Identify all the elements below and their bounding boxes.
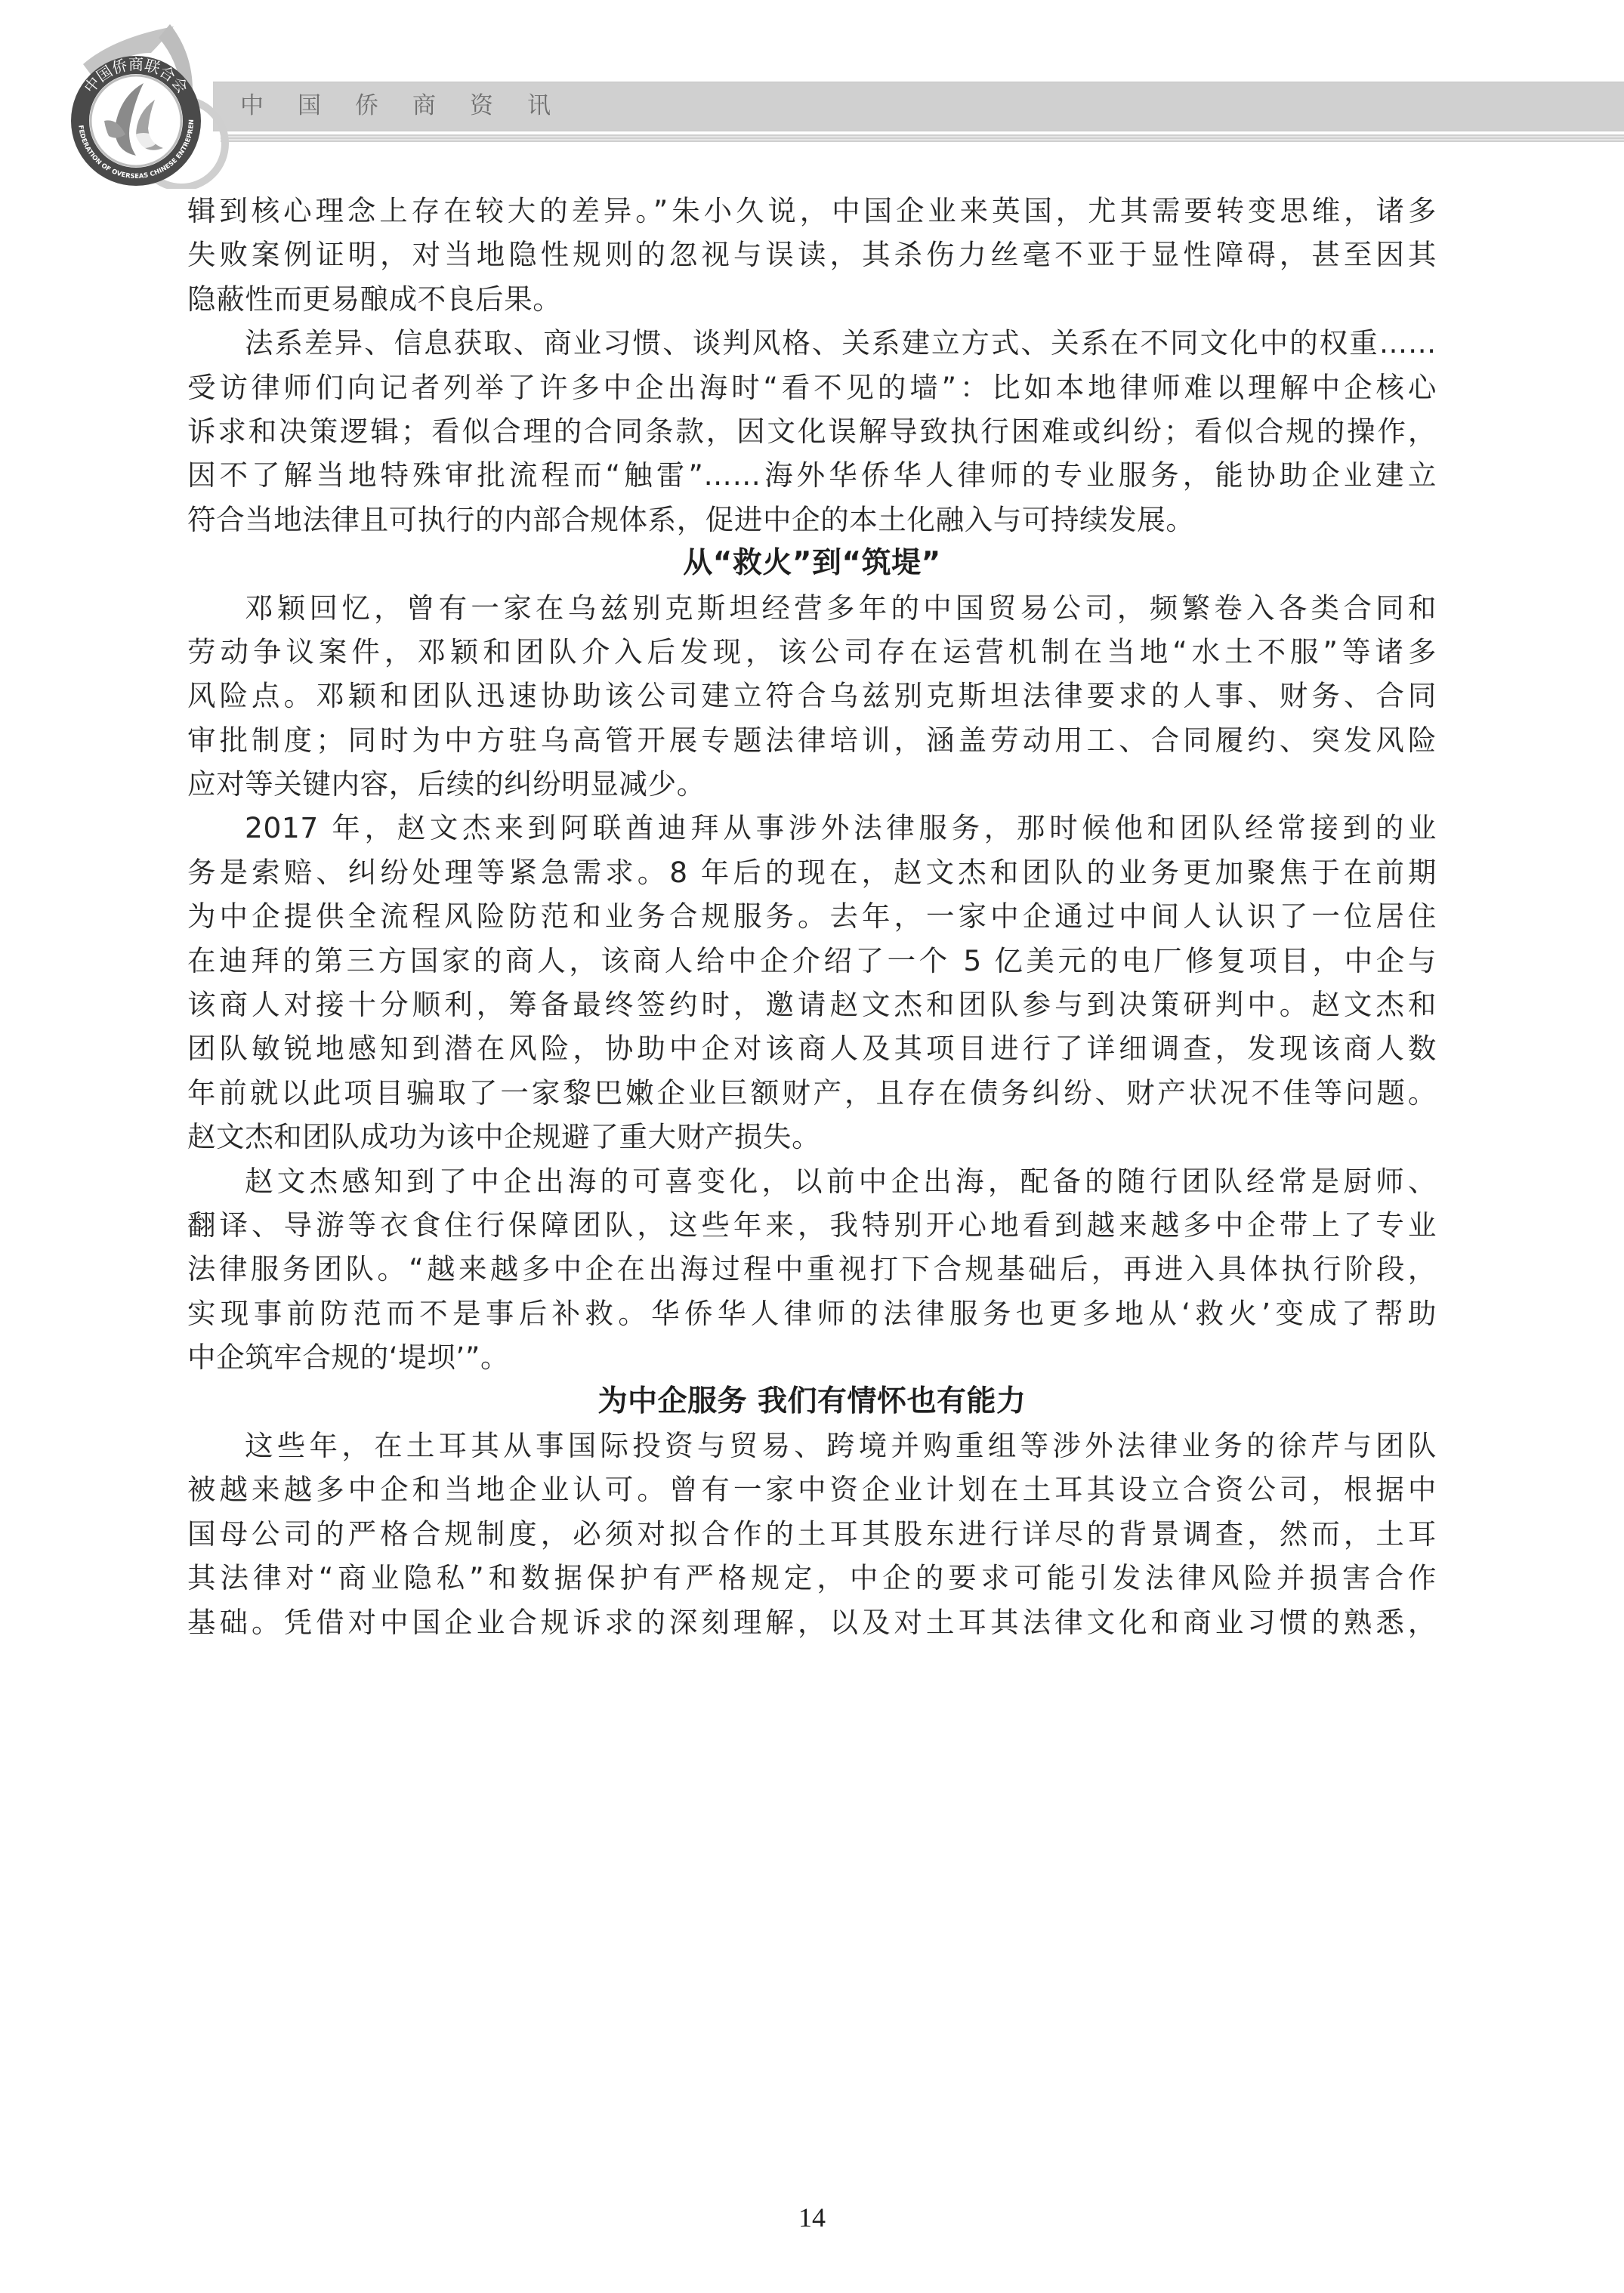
header-rule <box>221 134 1624 142</box>
paragraph: 法系差异、信息获取、商业习惯、谈判风格、关系建立方式、关系在不同文化中的权重……… <box>187 321 1437 542</box>
text-line: 法律服务团队。“越来越多中企在出海过程中重视打下合规基础后，再进入具体执行阶段， <box>187 1247 1437 1291</box>
text-line: 风险点。邓颖和团队迅速协助该公司建立符合乌兹别克斯坦法律要求的人事、财务、合同 <box>187 674 1437 718</box>
title-char: 资 <box>470 89 527 122</box>
title-char: 国 <box>298 89 355 122</box>
text-line: 这些年，在土耳其从事国际投资与贸易、跨境并购重组等涉外法律业务的徐芹与团队 <box>187 1424 1437 1467</box>
text-line: 年前就以此项目骗取了一家黎巴嫩企业巨额财产，且存在债务纠纷、财产状况不佳等问题。 <box>187 1071 1437 1115</box>
text-line: 翻译、导游等衣食住行保障团队，这些年来，我特别开心地看到越来越多中企带上了专业 <box>187 1203 1437 1247</box>
page-header: 中 国 侨 商 资 讯 中国侨商联合会 CHINA FEDERATION OF … <box>0 0 1624 181</box>
text-line: 2017 年，赵文杰来到阿联酋迪拜从事涉外法律服务，那时候他和团队经常接到的业 <box>187 806 1437 850</box>
text-line: 赵文杰感知到了中企出海的可喜变化，以前中企出海，配备的随行团队经常是厨师、 <box>187 1159 1437 1203</box>
text-line: 中企筑牢合规的‘堤坝’”。 <box>187 1335 1437 1379</box>
text-line: 被越来越多中企和当地企业认可。曾有一家中资企业计划在土耳其设立合资公司，根据中 <box>187 1467 1437 1511</box>
federation-logo-icon: 中国侨商联合会 CHINA FEDERATION OF OVERSEAS CHI… <box>30 8 249 189</box>
section-heading: 从“救火”到“筑堤” <box>187 542 1437 585</box>
text-line: 隐蔽性而更易酿成不良后果。 <box>187 277 1437 321</box>
page-number: 14 <box>0 2202 1624 2233</box>
text-line: 审批制度；同时为中方驻乌高管开展专题法律培训，涵盖劳动用工、合同履约、突发风险 <box>187 718 1437 762</box>
text-line: 基础。凭借对中国企业合规诉求的深刻理解，以及对土耳其法律文化和商业习惯的熟悉， <box>187 1600 1437 1644</box>
paragraph: 2017 年，赵文杰来到阿联酋迪拜从事涉外法律服务，那时候他和团队经常接到的业务… <box>187 806 1437 1159</box>
text-line: 诉求和决策逻辑；看似合理的合同条款，因文化误解导致执行困难或纠纷；看似合规的操作… <box>187 409 1437 453</box>
text-line: 赵文杰和团队成功为该中企规避了重大财产损失。 <box>187 1115 1437 1159</box>
text-line: 应对等关键内容，后续的纠纷明显减少。 <box>187 762 1437 806</box>
text-line: 实现事前防范而不是事后补救。华侨华人律师的法律服务也更多地从‘救火’变成了帮助 <box>187 1292 1437 1335</box>
text-line: 劳动争议案件，邓颖和团队介入后发现，该公司存在运营机制在当地“水土不服”等诸多 <box>187 630 1437 674</box>
text-line: 团队敏锐地感知到潜在风险，协助中企对该商人及其项目进行了详细调查，发现该商人数 <box>187 1026 1437 1070</box>
text-line: 国母公司的严格合规制度，必须对拟合作的土耳其股东进行详尽的背景调查，然而，土耳 <box>187 1512 1437 1556</box>
paragraph: 辑到核心理念上存在较大的差异。”朱小久说，中国企业来英国，尤其需要转变思维，诸多… <box>187 189 1437 321</box>
paragraph: 赵文杰感知到了中企出海的可喜变化，以前中企出海，配备的随行团队经常是厨师、翻译、… <box>187 1159 1437 1380</box>
title-char: 侨 <box>355 89 412 122</box>
text-line: 符合当地法律且可执行的内部合规体系，促进中企的本土化融入与可持续发展。 <box>187 498 1437 542</box>
text-line: 该商人对接十分顺利，筹备最终签约时，邀请赵文杰和团队参与到决策研判中。赵文杰和 <box>187 983 1437 1026</box>
paragraph: 邓颖回忆，曾有一家在乌兹别克斯坦经营多年的中国贸易公司，频繁卷入各类合同和劳动争… <box>187 586 1437 807</box>
text-line: 在迪拜的第三方国家的商人，该商人给中企介绍了一个 5 亿美元的电厂修复项目，中企… <box>187 939 1437 983</box>
text-line: 邓颖回忆，曾有一家在乌兹别克斯坦经营多年的中国贸易公司，频繁卷入各类合同和 <box>187 586 1437 630</box>
text-line: 因不了解当地特殊审批流程而“触雷”……海外华侨华人律师的专业服务，能协助企业建立 <box>187 453 1437 497</box>
section-heading: 为中企服务 我们有情怀也有能力 <box>187 1380 1437 1424</box>
text-line: 其法律对“商业隐私”和数据保护有严格规定，中企的要求可能引发法律风险并损害合作 <box>187 1556 1437 1600</box>
text-line: 务是索赔、纠纷处理等紧急需求。8 年后的现在，赵文杰和团队的业务更加聚焦于在前期 <box>187 850 1437 894</box>
text-line: 法系差异、信息获取、商业习惯、谈判风格、关系建立方式、关系在不同文化中的权重…… <box>187 321 1437 365</box>
text-line: 受访律师们向记者列举了许多中企出海时“看不见的墙”：比如本地律师难以理解中企核心 <box>187 366 1437 409</box>
publication-title: 中 国 侨 商 资 讯 <box>240 89 585 122</box>
paragraph: 这些年，在土耳其从事国际投资与贸易、跨境并购重组等涉外法律业务的徐芹与团队被越来… <box>187 1424 1437 1644</box>
title-char: 商 <box>412 89 470 122</box>
article-body: 辑到核心理念上存在较大的差异。”朱小久说，中国企业来英国，尤其需要转变思维，诸多… <box>187 189 1437 1644</box>
text-line: 为中企提供全流程风险防范和业务合规服务。去年，一家中企通过中间人认识了一位居住 <box>187 894 1437 938</box>
title-char: 讯 <box>527 89 585 122</box>
text-line: 失败案例证明，对当地隐性规则的忽视与误读，其杀伤力丝毫不亚于显性障碍，甚至因其 <box>187 233 1437 276</box>
text-line: 辑到核心理念上存在较大的差异。”朱小久说，中国企业来英国，尤其需要转变思维，诸多 <box>187 189 1437 233</box>
